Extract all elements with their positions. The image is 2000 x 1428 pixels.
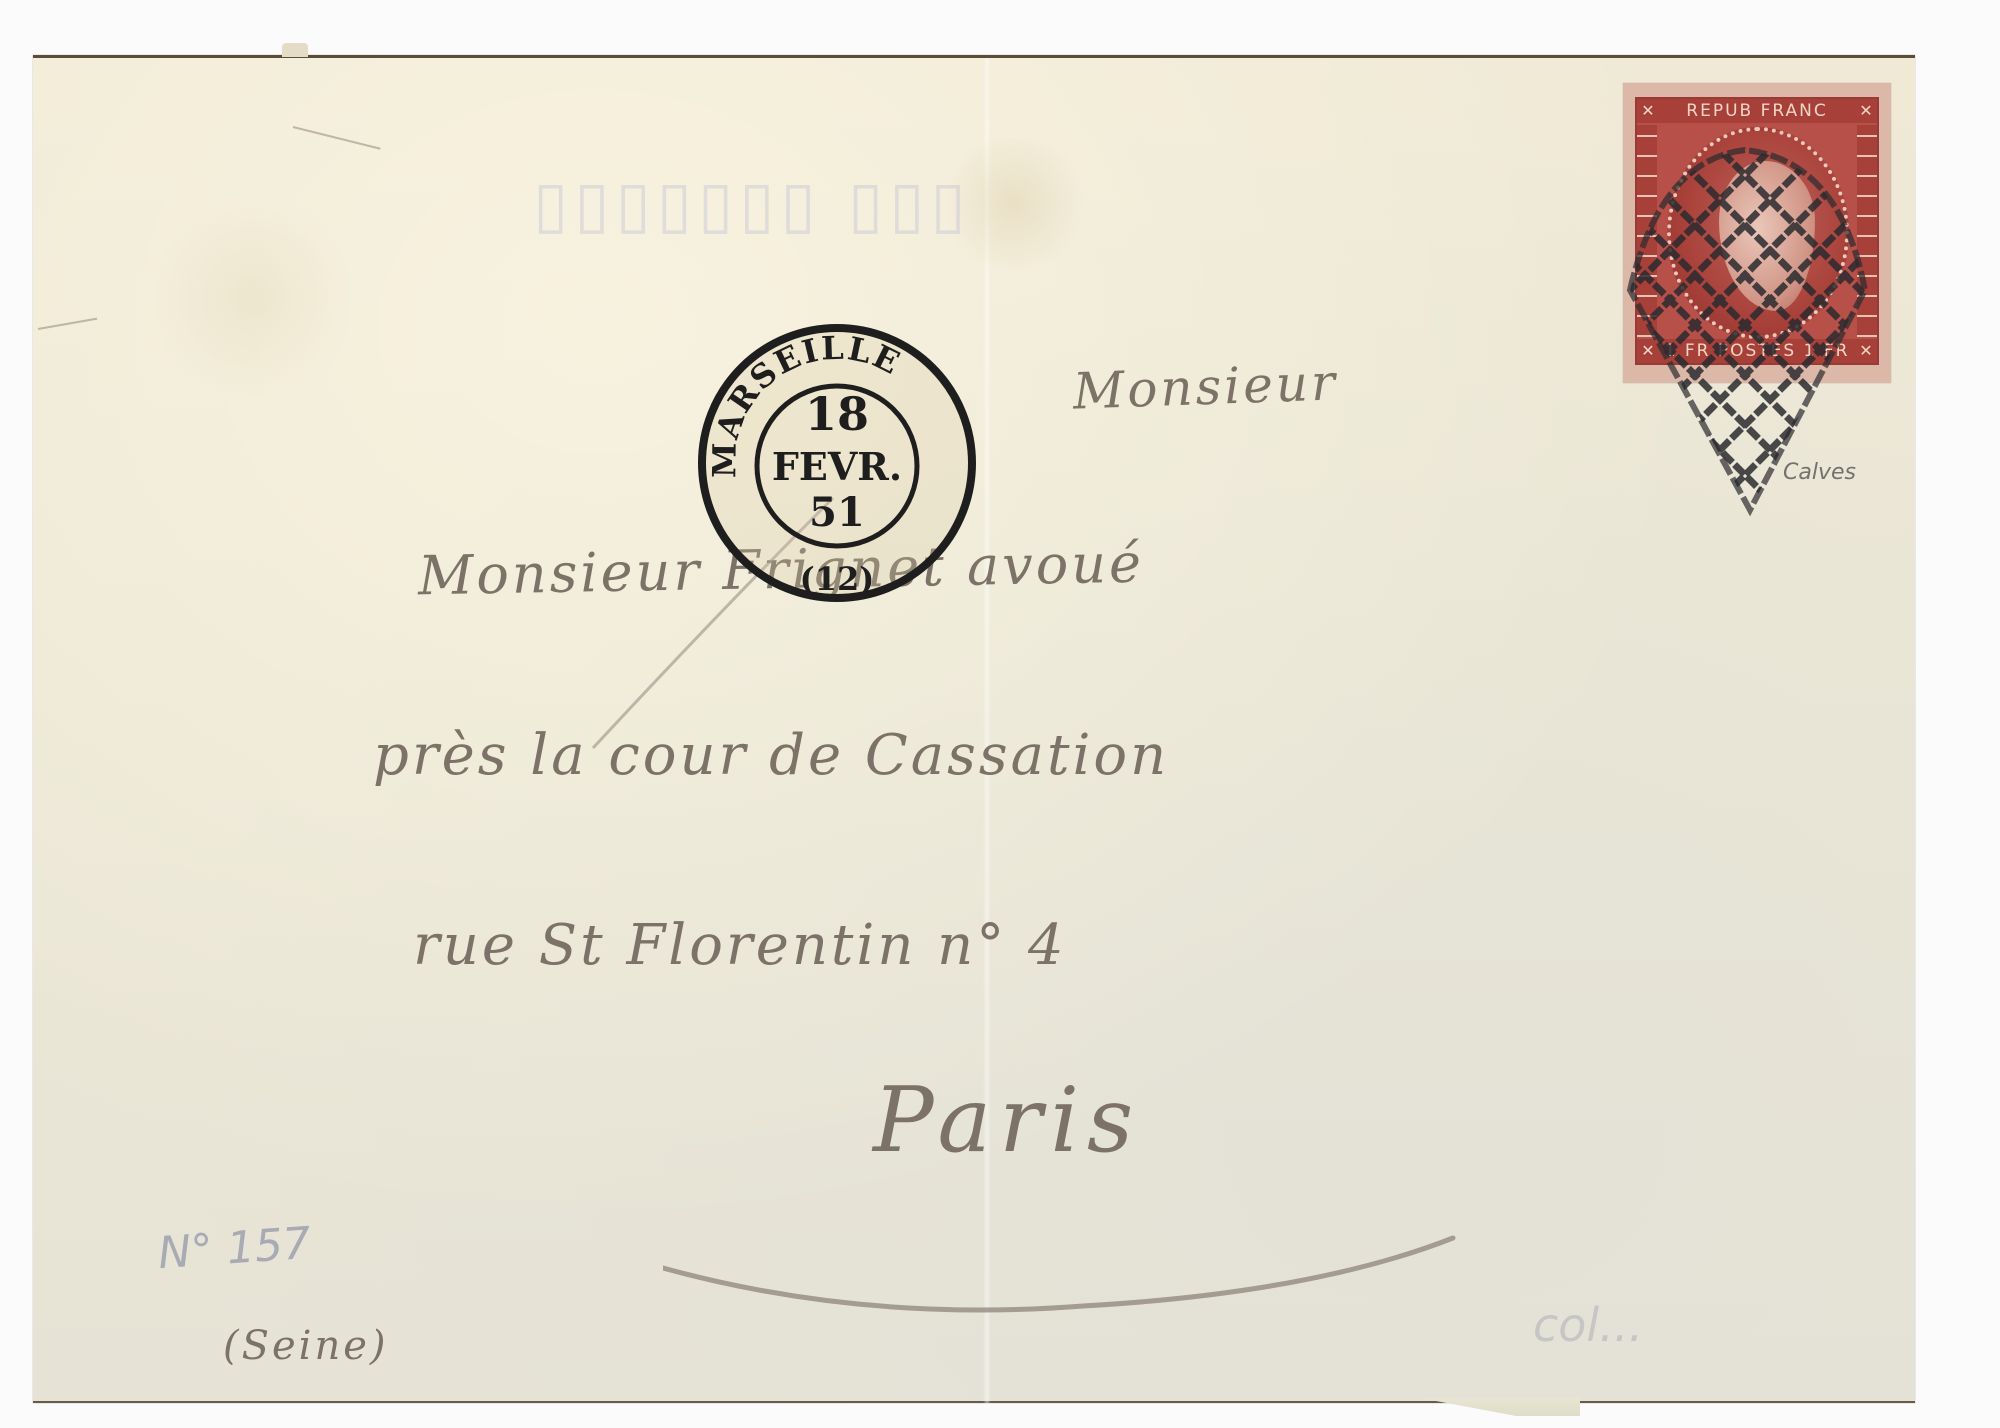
- address-line-1: Monsieur: [1072, 353, 1339, 420]
- paper-crease: [293, 126, 381, 150]
- ceres-medallion: [1667, 127, 1849, 339]
- paper-tab: [1420, 1398, 1580, 1416]
- svg-text:18: 18: [805, 387, 869, 441]
- paper-tab: [282, 43, 308, 57]
- paper-crease: [38, 318, 97, 330]
- expert-signature: Calves: [1783, 460, 1856, 485]
- pencil-note-lower-right: col...: [1533, 1298, 1643, 1352]
- underline-flourish: [663, 1228, 1483, 1318]
- stamp-frame: ✕ ✕ ✕ ✕ REPUB FRANC 1 FR POSTES 1 FR: [1635, 97, 1879, 365]
- corner-cross-icon: ✕: [1637, 99, 1659, 123]
- stamp-top-text: REPUB FRANC: [1659, 99, 1855, 123]
- pencil-note-region: (Seine): [223, 1323, 389, 1369]
- corner-cross-icon: ✕: [1637, 339, 1659, 363]
- svg-text:FEVR.: FEVR.: [772, 444, 902, 489]
- address-line-5: Paris: [873, 1068, 1141, 1173]
- corner-cross-icon: ✕: [1855, 339, 1877, 363]
- greek-key-border: [1637, 125, 1657, 337]
- svg-text:(12): (12): [800, 560, 875, 598]
- paper-stain: [153, 188, 353, 408]
- ceres-head-icon: [1719, 161, 1815, 311]
- marseille-postmark: MARSEILLE 18 FEVR. 51 (12): [692, 318, 982, 608]
- show-through-text: ▯▯▯▯▯▯▯ ▯▯▯: [533, 168, 972, 242]
- corner-cross-icon: ✕: [1855, 99, 1877, 123]
- stamp-bottom-text: 1 FR POSTES 1 FR: [1659, 339, 1855, 363]
- svg-text:51: 51: [809, 489, 865, 536]
- greek-key-border: [1857, 125, 1877, 337]
- ceres-stamp: ✕ ✕ ✕ ✕ REPUB FRANC 1 FR POSTES 1 FR: [1623, 83, 1891, 383]
- address-line-4: rue St Florentin n° 4: [413, 913, 1067, 978]
- pencil-note-number: N° 157: [156, 1218, 312, 1280]
